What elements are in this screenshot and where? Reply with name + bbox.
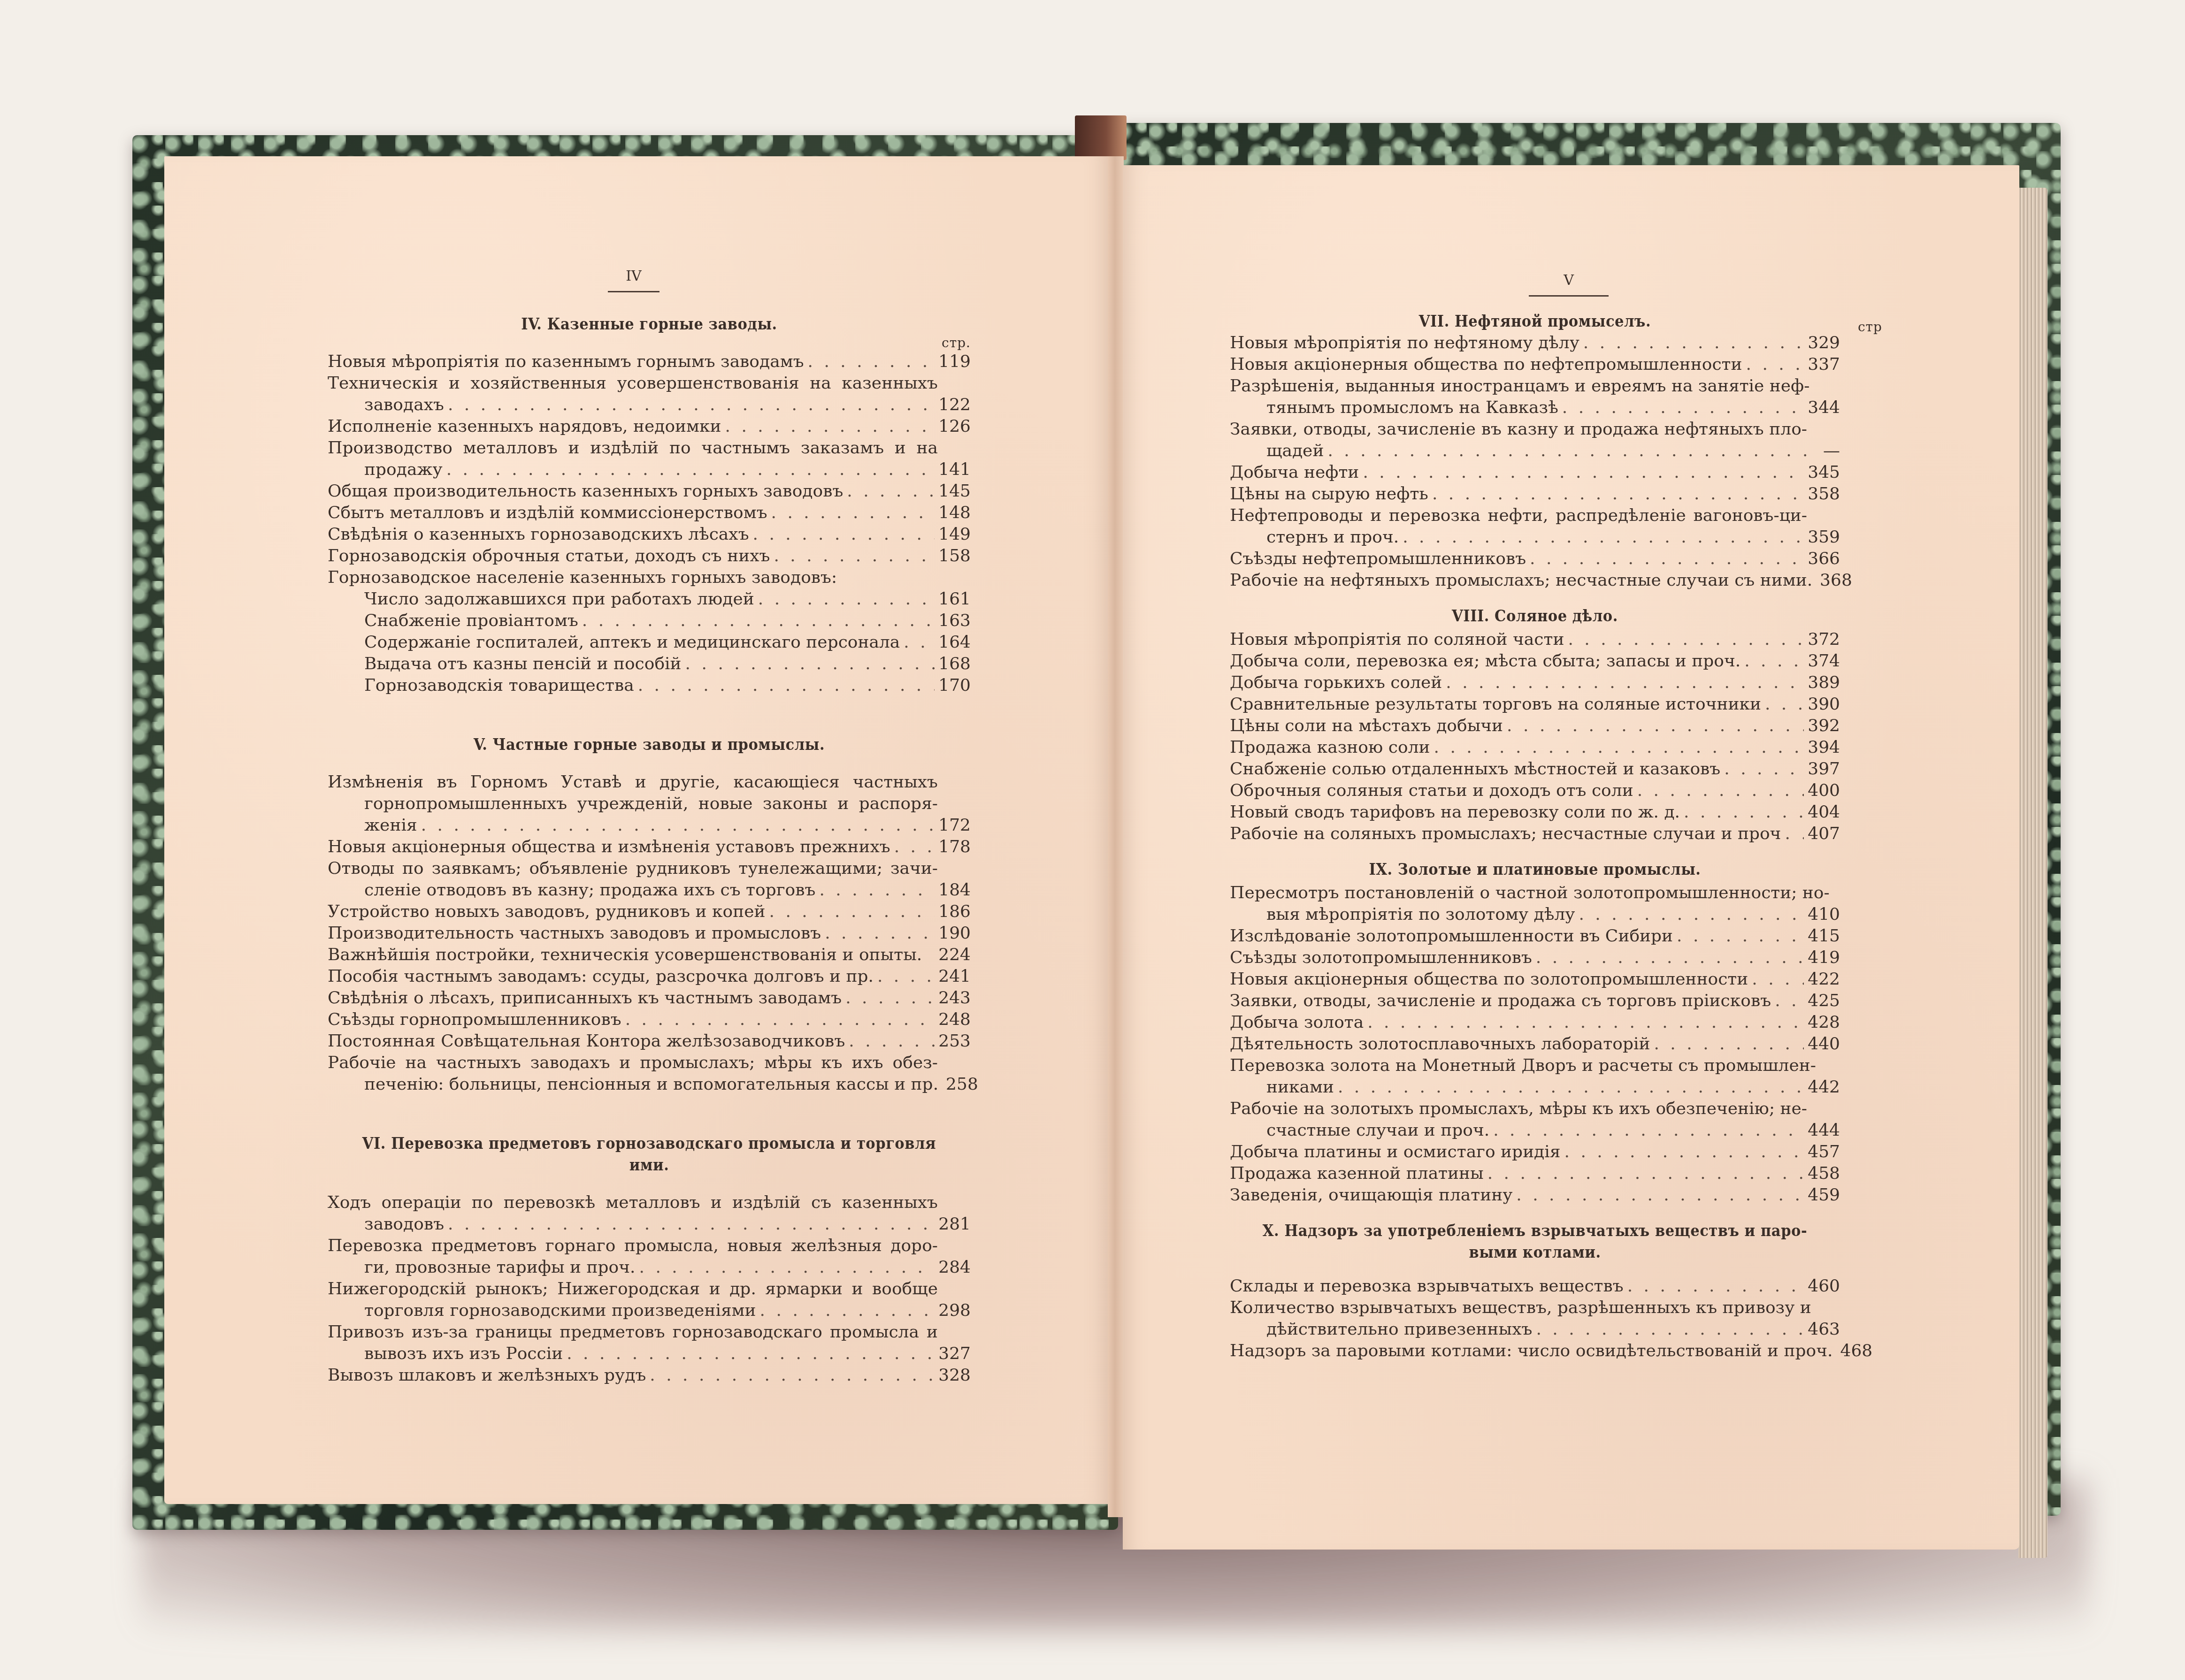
toc-page-number: 149	[938, 524, 971, 545]
toc-entry-text: Заявки, отводы, зачисленіе и продажа съ …	[1230, 990, 1771, 1012]
toc-entry[interactable]: Заявки, отводы, зачисленіе и продажа съ …	[1230, 990, 1840, 1012]
toc-entry-text: Техническія и хозяйственныя усовершенств…	[328, 373, 938, 394]
toc-entry-text: Рабочіе на соляныхъ промыслахъ; несчастн…	[1230, 823, 1781, 845]
toc-entry[interactable]: Исполненіе казенныхъ нарядовъ, недоимки1…	[328, 416, 971, 437]
toc-entry[interactable]: Снабженіе солью отдаленныхъ мѣстностей и…	[1230, 758, 1840, 780]
toc-entry-text: Съѣзды горнопромышленниковъ	[328, 1009, 621, 1031]
toc-entry-text: щадей	[1230, 440, 1324, 462]
toc-entry[interactable]: Перевозка золота на Монетный Дворъ и рас…	[1230, 1055, 1840, 1098]
toc-entry-text: женія	[328, 815, 417, 836]
toc-page-number: 458	[1808, 1163, 1840, 1184]
toc-page-number: 415	[1808, 925, 1840, 947]
toc-entry[interactable]: Свѣдѣнія о лѣсахъ, приписанныхъ къ частн…	[328, 987, 971, 1009]
toc-page-number: 345	[1808, 462, 1840, 483]
section-title: VI. Перевозка предметовъ горнозаводскаго…	[328, 1133, 971, 1176]
toc-entry[interactable]: Заявки, отводы, зачисленіе въ казну и пр…	[1230, 419, 1840, 462]
toc-page-number: 224	[938, 944, 971, 966]
toc-entry[interactable]: Нижегородскій рынокъ; Нижегородская и др…	[328, 1278, 971, 1321]
toc-entry-text: Заявки, отводы, зачисленіе въ казну и пр…	[1230, 419, 1807, 440]
toc-page-number: 459	[1808, 1184, 1840, 1206]
toc-page-number: 400	[1808, 780, 1840, 802]
dot-leader	[725, 416, 935, 437]
toc-entry[interactable]: Заведенія, очищающія платину459	[1230, 1184, 1840, 1206]
toc-entry-text: Рабочіе на частныхъ заводахъ и промыслах…	[328, 1052, 938, 1074]
toc-entry-text: Содержаніе госпиталей, аптекъ и медицинс…	[328, 632, 900, 653]
toc-entry-text: тянымъ промысломъ на Кавказѣ	[1230, 397, 1558, 419]
folio-rule	[1529, 295, 1609, 297]
toc-entry-text: Дѣятельность золотосплавочныхъ лаборатор…	[1230, 1033, 1650, 1055]
toc-page-number: 281	[938, 1214, 971, 1235]
toc-entry-text: Горнозаводскія оброчныя статьи, доходъ с…	[328, 545, 770, 567]
toc-entry[interactable]: Рабочіе на нефтяныхъ промыслахъ; несчаст…	[1230, 570, 1840, 591]
toc-page-number: 145	[938, 481, 971, 502]
page-column-label: стр	[1858, 319, 1882, 335]
dot-leader	[1562, 397, 1804, 419]
toc-entry[interactable]: Важнѣйшія постройки, техническія усоверш…	[328, 944, 971, 966]
toc-page-number: 389	[1808, 672, 1840, 694]
toc-entry[interactable]: Новыя мѣропріятія по нефтяному дѣлу329	[1230, 332, 1840, 354]
toc-page-number: 148	[938, 502, 971, 524]
dot-leader	[1579, 904, 1804, 925]
toc-page-number: 119	[938, 351, 971, 373]
dot-leader	[1536, 1319, 1804, 1340]
toc-page-number: 284	[938, 1257, 971, 1278]
toc-entry-text: горнопромышленныхъ учрежденій, новые зак…	[328, 793, 938, 815]
toc-entry-text: Добыча соли, перевозка ея; мѣста сбыта; …	[1230, 650, 1740, 672]
toc-page-number: 428	[1808, 1012, 1840, 1033]
toc-page-number: 168	[938, 653, 971, 675]
section-title-line: ими.	[328, 1154, 971, 1176]
toc-entry[interactable]: Отводы по заявкамъ; объявленіе рудниковъ…	[328, 858, 971, 901]
book-gutter	[1108, 156, 1124, 1517]
toc-page-number: 407	[1808, 823, 1840, 845]
dot-leader	[1765, 694, 1804, 715]
section-title-line: VI. Перевозка предметовъ горнозаводскаго…	[328, 1133, 971, 1154]
toc-entry-text: Склады и перевозка взрывчатыхъ веществъ	[1230, 1275, 1624, 1297]
right-page-folio: V	[1541, 272, 1597, 297]
left-toc-column: IV. Казенные горные заводы.стр.Новыя мѣр…	[328, 313, 971, 1386]
page-fore-edge	[2018, 188, 2047, 1558]
toc-page-number: 422	[1808, 969, 1840, 990]
dot-leader	[1785, 823, 1804, 845]
dot-leader	[1677, 925, 1804, 947]
folio-rule	[608, 291, 659, 292]
toc-entry-text: Продажа казенной платины	[1230, 1163, 1484, 1184]
toc-page-number: 163	[938, 610, 971, 632]
dot-leader	[1338, 1077, 1804, 1098]
toc-entry-text: Измѣненія въ Горномъ Уставѣ и другіе, ка…	[328, 771, 938, 793]
toc-page-number: 359	[1808, 527, 1840, 548]
section-title: VII. Нефтяной промыселъ.	[1230, 311, 1840, 332]
toc-page-number: 374	[1808, 650, 1840, 672]
toc-entry[interactable]: Съѣзды горнопромышленниковъ248	[328, 1009, 971, 1031]
dot-leader	[758, 588, 935, 610]
toc-entry-text: Цѣны соли на мѣстахъ добычи	[1230, 715, 1503, 737]
section-title: IX. Золотые и платиновые промыслы.	[1230, 859, 1840, 880]
toc-entry[interactable]: Постоянная Совѣщательная Контора желѣзоз…	[328, 1031, 971, 1052]
toc-page-number: 397	[1808, 758, 1840, 780]
toc-page-number: 368	[1820, 570, 1849, 591]
toc-page-number: 164	[938, 632, 971, 653]
dot-leader	[847, 481, 935, 502]
toc-entry-text: Добыча нефти	[1230, 462, 1359, 483]
toc-page-number: 358	[1808, 483, 1840, 505]
toc-entry-text: Перевозка предметовъ горнаго промысла, н…	[328, 1235, 938, 1257]
toc-entry-text: Новыя мѣропріятія по нефтяному дѣлу	[1230, 332, 1579, 354]
toc-page-number: 243	[938, 987, 971, 1009]
toc-entry[interactable]: Новыя акціонерныя общества по золотопром…	[1230, 969, 1840, 990]
toc-page-number: 440	[1808, 1033, 1840, 1055]
toc-entry[interactable]: Съѣзды золотопромышленниковъ419	[1230, 947, 1840, 969]
toc-entry[interactable]: Свѣдѣнія о казенныхъ горнозаводскихъ лѣс…	[328, 524, 971, 545]
toc-page-number: 394	[1808, 737, 1840, 758]
toc-entry[interactable]: Оброчныя соляныя статьи и доходъ отъ сол…	[1230, 780, 1840, 802]
toc-entry[interactable]: Измѣненія въ Горномъ Уставѣ и другіе, ка…	[328, 771, 971, 836]
toc-entry-text: Снабженіе солью отдаленныхъ мѣстностей и…	[1230, 758, 1720, 780]
toc-entry-text: Добыча горькихъ солей	[1230, 672, 1442, 694]
toc-entry[interactable]: Производство металловъ и издѣлій по част…	[328, 437, 971, 481]
toc-entry[interactable]: Пособія частнымъ заводамъ: ссуды, разсро…	[328, 966, 971, 987]
dot-leader	[1536, 947, 1804, 969]
dot-leader	[1752, 969, 1804, 990]
toc-entry-text: торговля горнозаводскими произведеніями	[328, 1300, 756, 1321]
toc-page-number: 328	[938, 1365, 971, 1386]
dot-leader	[808, 351, 935, 373]
section-title: VIII. Соляное дѣло.	[1230, 605, 1840, 627]
toc-entry-text: Устройство новыхъ заводовъ, рудниковъ и …	[328, 901, 766, 923]
toc-page-number: 425	[1808, 990, 1840, 1012]
toc-entry[interactable]: Количество взрывчатыхъ веществъ, разрѣше…	[1230, 1297, 1840, 1340]
toc-page-number: 392	[1808, 715, 1840, 737]
toc-page-number: 126	[938, 416, 971, 437]
toc-entry[interactable]: Добыча соли, перевозка ея; мѣста сбыта; …	[1230, 650, 1840, 672]
toc-entry-text: Новыя акціонерныя общества по нефтепромы…	[1230, 354, 1742, 375]
toc-entry-text: Общая производительность казенныхъ горны…	[328, 481, 843, 502]
toc-page-number: 122	[938, 394, 971, 416]
left-page-folio: IV	[603, 268, 664, 292]
section-title-line: IX. Золотые и платиновые промыслы.	[1230, 859, 1840, 880]
toc-entry[interactable]: Разрѣшенія, выданныя иностранцамъ и евре…	[1230, 375, 1840, 419]
toc-entry-text: Важнѣйшія постройки, техническія усоверш…	[328, 944, 922, 966]
toc-entry[interactable]: Цѣны на сырую нефть358	[1230, 483, 1840, 505]
section-title-line: VII. Нефтяной промыселъ.	[1230, 311, 1840, 332]
toc-entry-text: стернъ и проч.	[1230, 527, 1399, 548]
toc-page-number: 404	[1808, 802, 1840, 823]
toc-page-number: 468	[1840, 1340, 1870, 1362]
dot-leader	[1627, 1275, 1804, 1297]
toc-entry-text: Разрѣшенія, выданныя иностранцамъ и евре…	[1230, 375, 1807, 397]
toc-entry[interactable]: Вывозъ шлаковъ и желѣзныхъ рудъ328	[328, 1365, 971, 1386]
dot-leader	[638, 675, 935, 696]
dot-leader	[1507, 715, 1804, 737]
toc-entry-text: Заведенія, очищающія платину	[1230, 1184, 1512, 1206]
dot-leader	[448, 1214, 935, 1235]
toc-entry[interactable]: Новый сводъ тарифовъ на перевозку соли п…	[1230, 802, 1840, 823]
dot-leader	[845, 987, 935, 1009]
dot-leader	[1432, 483, 1804, 505]
dot-leader	[1327, 440, 1807, 462]
toc-page-number: 184	[938, 879, 971, 901]
toc-entry[interactable]: Дѣятельность золотосплавочныхъ лаборатор…	[1230, 1033, 1840, 1055]
toc-page-number: 337	[1808, 354, 1840, 375]
dot-leader	[1367, 1012, 1804, 1033]
toc-page-number: 444	[1808, 1120, 1840, 1141]
toc-entry-text: Отводы по заявкамъ; объявленіе рудниковъ…	[328, 858, 938, 879]
toc-entry-text: сленіе отводовъ въ казну; продажа ихъ съ…	[328, 879, 815, 901]
section-title: V. Частные горные заводы и промыслы.	[328, 734, 971, 756]
dot-leader	[849, 1031, 935, 1052]
dot-leader	[1434, 737, 1804, 758]
dot-leader	[753, 524, 935, 545]
toc-page-number: 248	[938, 1009, 971, 1031]
toc-entry[interactable]: Выдача отъ казны пенсій и пособій168	[328, 653, 971, 675]
toc-entry[interactable]: Снабженіе провіантомъ163	[328, 610, 971, 632]
toc-page-number: 442	[1808, 1077, 1840, 1098]
toc-page-number: 158	[938, 545, 971, 567]
toc-entry[interactable]: Техническія и хозяйственныя усовершенств…	[328, 373, 971, 416]
toc-entry-text: Новыя акціонерныя общества и измѣненія у…	[328, 836, 890, 858]
toc-entry-text: Добыча платины и осмистаго иридія	[1230, 1141, 1561, 1163]
dot-leader	[774, 545, 935, 567]
toc-entry[interactable]: Продажа казною соли394	[1230, 737, 1840, 758]
toc-entry[interactable]: Общая производительность казенныхъ горны…	[328, 481, 971, 502]
toc-entry[interactable]: Цѣны соли на мѣстахъ добычи392	[1230, 715, 1840, 737]
toc-entry[interactable]: Надзоръ за паровыми котлами: число освид…	[1230, 1340, 1840, 1362]
toc-entry[interactable]: Продажа казенной платины458	[1230, 1163, 1840, 1184]
dot-leader	[771, 502, 935, 524]
toc-entry-text: Производство металловъ и издѣлій по част…	[328, 437, 938, 459]
dot-leader	[650, 1365, 935, 1386]
toc-page-number: 390	[1808, 694, 1840, 715]
toc-entry[interactable]: Производительность частныхъ заводовъ и п…	[328, 923, 971, 944]
toc-entry-text: Вывозъ шлаковъ и желѣзныхъ рудъ	[328, 1365, 646, 1386]
right-toc-column: VII. Нефтяной промыселъ.стрНовыя мѣропрі…	[1230, 311, 1840, 1362]
dot-leader	[625, 1009, 935, 1031]
dot-leader	[421, 815, 935, 836]
dot-leader	[1724, 758, 1804, 780]
section-title-line: V. Частные горные заводы и промыслы.	[328, 734, 971, 756]
toc-entry-text: Нефтепроводы и перевозка нефти, распредѣ…	[1230, 505, 1807, 527]
toc-entry[interactable]: Съѣзды нефтепромышленниковъ366	[1230, 548, 1840, 570]
dot-leader	[1516, 1184, 1804, 1206]
folio-number: IV	[626, 268, 642, 284]
toc-entry-text: Горнозаводскія товарищества	[328, 675, 634, 696]
toc-entry[interactable]: Новыя акціонерныя общества и измѣненія у…	[328, 836, 971, 858]
toc-entry[interactable]: Склады и перевозка взрывчатыхъ веществъ4…	[1230, 1275, 1840, 1297]
toc-entry-text: Количество взрывчатыхъ веществъ, разрѣше…	[1230, 1297, 1807, 1319]
toc-entry-text: Рабочіе на золотыхъ промыслахъ, мѣры къ …	[1230, 1098, 1807, 1120]
toc-entry-text: Добыча золота	[1230, 1012, 1364, 1033]
toc-page-number: 258	[946, 1074, 975, 1095]
toc-page-number: 170	[938, 675, 971, 696]
dot-leader	[1363, 462, 1804, 483]
toc-entry[interactable]: Горнозаводское населеніе казенныхъ горны…	[328, 567, 971, 588]
toc-entry-text: Съѣзды золотопромышленниковъ	[1230, 947, 1532, 969]
dot-leader	[567, 1343, 935, 1365]
toc-page-number: 327	[938, 1343, 971, 1365]
toc-entry-text: Перевозка золота на Монетный Дворъ и рас…	[1230, 1055, 1807, 1077]
dot-leader	[1403, 527, 1804, 548]
toc-entry[interactable]: Устройство новыхъ заводовъ, рудниковъ и …	[328, 901, 971, 923]
spine-headcap	[1075, 115, 1127, 160]
toc-entry-text: вывозъ ихъ изъ Россіи	[328, 1343, 563, 1365]
section-title: X. Надзоръ за употребленіемъ взрывчатыхъ…	[1230, 1220, 1840, 1263]
toc-entry-text: Надзоръ за паровыми котлами: число освид…	[1230, 1340, 1833, 1362]
toc-entry[interactable]: Перевозка предметовъ горнаго промысла, н…	[328, 1235, 971, 1278]
toc-entry[interactable]: Пересмотръ постановленій о частной золот…	[1230, 882, 1840, 925]
toc-entry-text: Съѣзды нефтепромышленниковъ	[1230, 548, 1526, 570]
dot-leader	[894, 836, 935, 858]
toc-page-number: 460	[1808, 1275, 1840, 1297]
toc-page-number: 372	[1808, 629, 1840, 650]
toc-entry-text: печенію: больницы, пенсіонныя и вспомога…	[328, 1074, 938, 1095]
toc-entry[interactable]: Горнозаводскія товарищества170	[328, 675, 971, 696]
toc-entry-text: ги, провозные тарифы и проч.	[328, 1257, 636, 1278]
toc-entry-text: Горнозаводское населеніе казенныхъ горны…	[328, 567, 837, 588]
toc-page-number: 241	[938, 966, 971, 987]
dot-leader	[904, 632, 935, 653]
dot-leader	[1637, 780, 1804, 802]
toc-entry-text: Цѣны на сырую нефть	[1230, 483, 1428, 505]
dot-leader	[760, 1300, 935, 1321]
dot-leader	[1684, 802, 1804, 823]
section-title: IV. Казенные горные заводы.	[328, 313, 971, 335]
dot-leader	[819, 879, 935, 901]
toc-entry[interactable]: Нефтепроводы и перевозка нефти, распредѣ…	[1230, 505, 1840, 548]
toc-page-number: 190	[938, 923, 971, 944]
toc-entry-text: дѣйствительно привезенныхъ	[1230, 1319, 1532, 1340]
toc-entry[interactable]: Новыя акціонерныя общества по нефтепромы…	[1230, 354, 1840, 375]
toc-entry[interactable]: Новыя мѣропріятія по соляной части372	[1230, 629, 1840, 650]
dot-leader	[825, 923, 935, 944]
toc-entry-text: Производительность частныхъ заводовъ и п…	[328, 923, 821, 944]
toc-page-number: 141	[938, 459, 971, 481]
toc-entry-text: счастные случаи и проч.	[1230, 1120, 1489, 1141]
toc-entry-text: Продажа казною соли	[1230, 737, 1430, 758]
dot-leader	[1487, 1163, 1804, 1184]
section-title-line: VIII. Соляное дѣло.	[1230, 605, 1840, 627]
left-page: IV IV. Казенные горные заводы.стр.Новыя …	[164, 156, 1109, 1504]
section-title-line: IV. Казенные горные заводы.	[328, 313, 971, 335]
toc-entry-text: Выдача отъ казны пенсій и пособій	[328, 653, 682, 675]
toc-entry-text: заводахъ	[328, 394, 444, 416]
dot-leader	[1493, 1120, 1804, 1141]
toc-entry-text: Свѣдѣнія о казенныхъ горнозаводскихъ лѣс…	[328, 524, 749, 545]
toc-entry-text: Нижегородскій рынокъ; Нижегородская и др…	[328, 1278, 938, 1300]
page-column-label: стр.	[328, 335, 971, 351]
toc-page-number: 329	[1808, 332, 1840, 354]
toc-entry-text: Свѣдѣнія о лѣсахъ, приписанныхъ къ частн…	[328, 987, 842, 1009]
toc-entry-text: Снабженіе провіантомъ	[328, 610, 578, 632]
toc-entry[interactable]: Добыча платины и осмистаго иридія457	[1230, 1141, 1840, 1163]
toc-page-number: 298	[938, 1300, 971, 1321]
dot-leader	[1744, 650, 1804, 672]
toc-entry-text: Новыя акціонерныя общества по золотопром…	[1230, 969, 1748, 990]
section-title-line: выми котлами.	[1230, 1242, 1840, 1263]
dot-leader	[877, 966, 935, 987]
toc-entry[interactable]: Рабочіе на золотыхъ промыслахъ, мѣры къ …	[1230, 1098, 1840, 1141]
toc-entry[interactable]: Изслѣдованіе золотопромышленности въ Сиб…	[1230, 925, 1840, 947]
toc-entry-text: Сбытъ металловъ и издѣлій коммиссіонерст…	[328, 502, 767, 524]
toc-entry-text: заводовъ	[328, 1214, 444, 1235]
dot-leader	[1446, 672, 1804, 694]
right-page: V VII. Нефтяной промыселъ.стрНовыя мѣроп…	[1123, 165, 2019, 1550]
toc-entry[interactable]: Добыча нефти345	[1230, 462, 1840, 483]
toc-entry-text: Новыя мѣропріятія по казеннымъ горнымъ з…	[328, 351, 804, 373]
toc-entry[interactable]: Горнозаводскія оброчныя статьи, доходъ с…	[328, 545, 971, 567]
toc-page-number: 161	[938, 588, 971, 610]
toc-entry[interactable]: Добыча горькихъ солей389	[1230, 672, 1840, 694]
toc-entry[interactable]: Ходъ операціи по перевозкѣ металловъ и и…	[328, 1192, 971, 1235]
toc-page-number: 457	[1808, 1141, 1840, 1163]
toc-entry-text: Исполненіе казенныхъ нарядовъ, недоимки	[328, 416, 721, 437]
toc-entry-text: выя мѣропріятія по золотому дѣлу	[1230, 904, 1575, 925]
toc-page-number: 344	[1808, 397, 1840, 419]
toc-entry-text: Сравнительные результаты торговъ на соля…	[1230, 694, 1761, 715]
dot-leader	[1746, 354, 1804, 375]
toc-page-number: 186	[938, 901, 971, 923]
dot-leader	[1775, 990, 1804, 1012]
dot-leader	[1654, 1033, 1804, 1055]
toc-entry-text: Новыя мѣропріятія по соляной части	[1230, 629, 1564, 650]
toc-page-number: 463	[1808, 1319, 1840, 1340]
toc-entry-text: Привозъ изъ-за границы предметовъ горноз…	[328, 1321, 938, 1343]
dot-leader	[1568, 629, 1804, 650]
toc-entry-text: Постоянная Совѣщательная Контора желѣзоз…	[328, 1031, 845, 1052]
toc-page-number: 172	[938, 815, 971, 836]
toc-page-number: 178	[938, 836, 971, 858]
toc-entry-text: Пособія частнымъ заводамъ: ссуды, разсро…	[328, 966, 874, 987]
toc-entry-text: продажу	[328, 459, 443, 481]
dot-leader	[582, 610, 935, 632]
toc-entry[interactable]: Сбытъ металловъ и издѣлій коммиссіонерст…	[328, 502, 971, 524]
dot-leader	[1583, 332, 1804, 354]
dot-leader	[769, 901, 935, 923]
dot-leader	[639, 1257, 935, 1278]
toc-entry-text: Ходъ операціи по перевозкѣ металловъ и и…	[328, 1192, 938, 1214]
toc-entry-text: никами	[1230, 1077, 1334, 1098]
toc-entry[interactable]: Новыя мѣропріятія по казеннымъ горнымъ з…	[328, 351, 971, 373]
toc-entry[interactable]: Добыча золота428	[1230, 1012, 1840, 1033]
dot-leader	[446, 459, 935, 481]
toc-entry[interactable]: Содержаніе госпиталей, аптекъ и медицинс…	[328, 632, 971, 653]
dot-leader	[1530, 548, 1804, 570]
toc-entry[interactable]: Сравнительные результаты торговъ на соля…	[1230, 694, 1840, 715]
toc-page-number: 419	[1808, 947, 1840, 969]
toc-entry-text: Пересмотръ постановленій о частной золот…	[1230, 882, 1807, 904]
toc-page-number: 253	[938, 1031, 971, 1052]
toc-entry[interactable]: Привозъ изъ-за границы предметовъ горноз…	[328, 1321, 971, 1365]
dot-leader	[448, 394, 935, 416]
toc-entry-text: Число задолжавшихся при работахъ людей	[328, 588, 754, 610]
toc-page-number: 410	[1808, 904, 1840, 925]
toc-entry-text: Рабочіе на нефтяныхъ промыслахъ; несчаст…	[1230, 570, 1812, 591]
toc-entry[interactable]: Рабочіе на частныхъ заводахъ и промыслах…	[328, 1052, 971, 1095]
toc-entry-text: Изслѣдованіе золотопромышленности въ Сиб…	[1230, 925, 1673, 947]
toc-entry-text: Новый сводъ тарифовъ на перевозку соли п…	[1230, 802, 1680, 823]
toc-entry[interactable]: Рабочіе на соляныхъ промыслахъ; несчастн…	[1230, 823, 1840, 845]
toc-entry-text: Оброчныя соляныя статьи и доходъ отъ сол…	[1230, 780, 1633, 802]
toc-entry[interactable]: Число задолжавшихся при работахъ людей16…	[328, 588, 971, 610]
dot-leader	[1564, 1141, 1804, 1163]
toc-page-number: —	[1811, 440, 1840, 462]
section-title-line: X. Надзоръ за употребленіемъ взрывчатыхъ…	[1230, 1220, 1840, 1242]
folio-number: V	[1564, 272, 1574, 289]
dot-leader	[685, 653, 935, 675]
toc-page-number: 366	[1808, 548, 1840, 570]
